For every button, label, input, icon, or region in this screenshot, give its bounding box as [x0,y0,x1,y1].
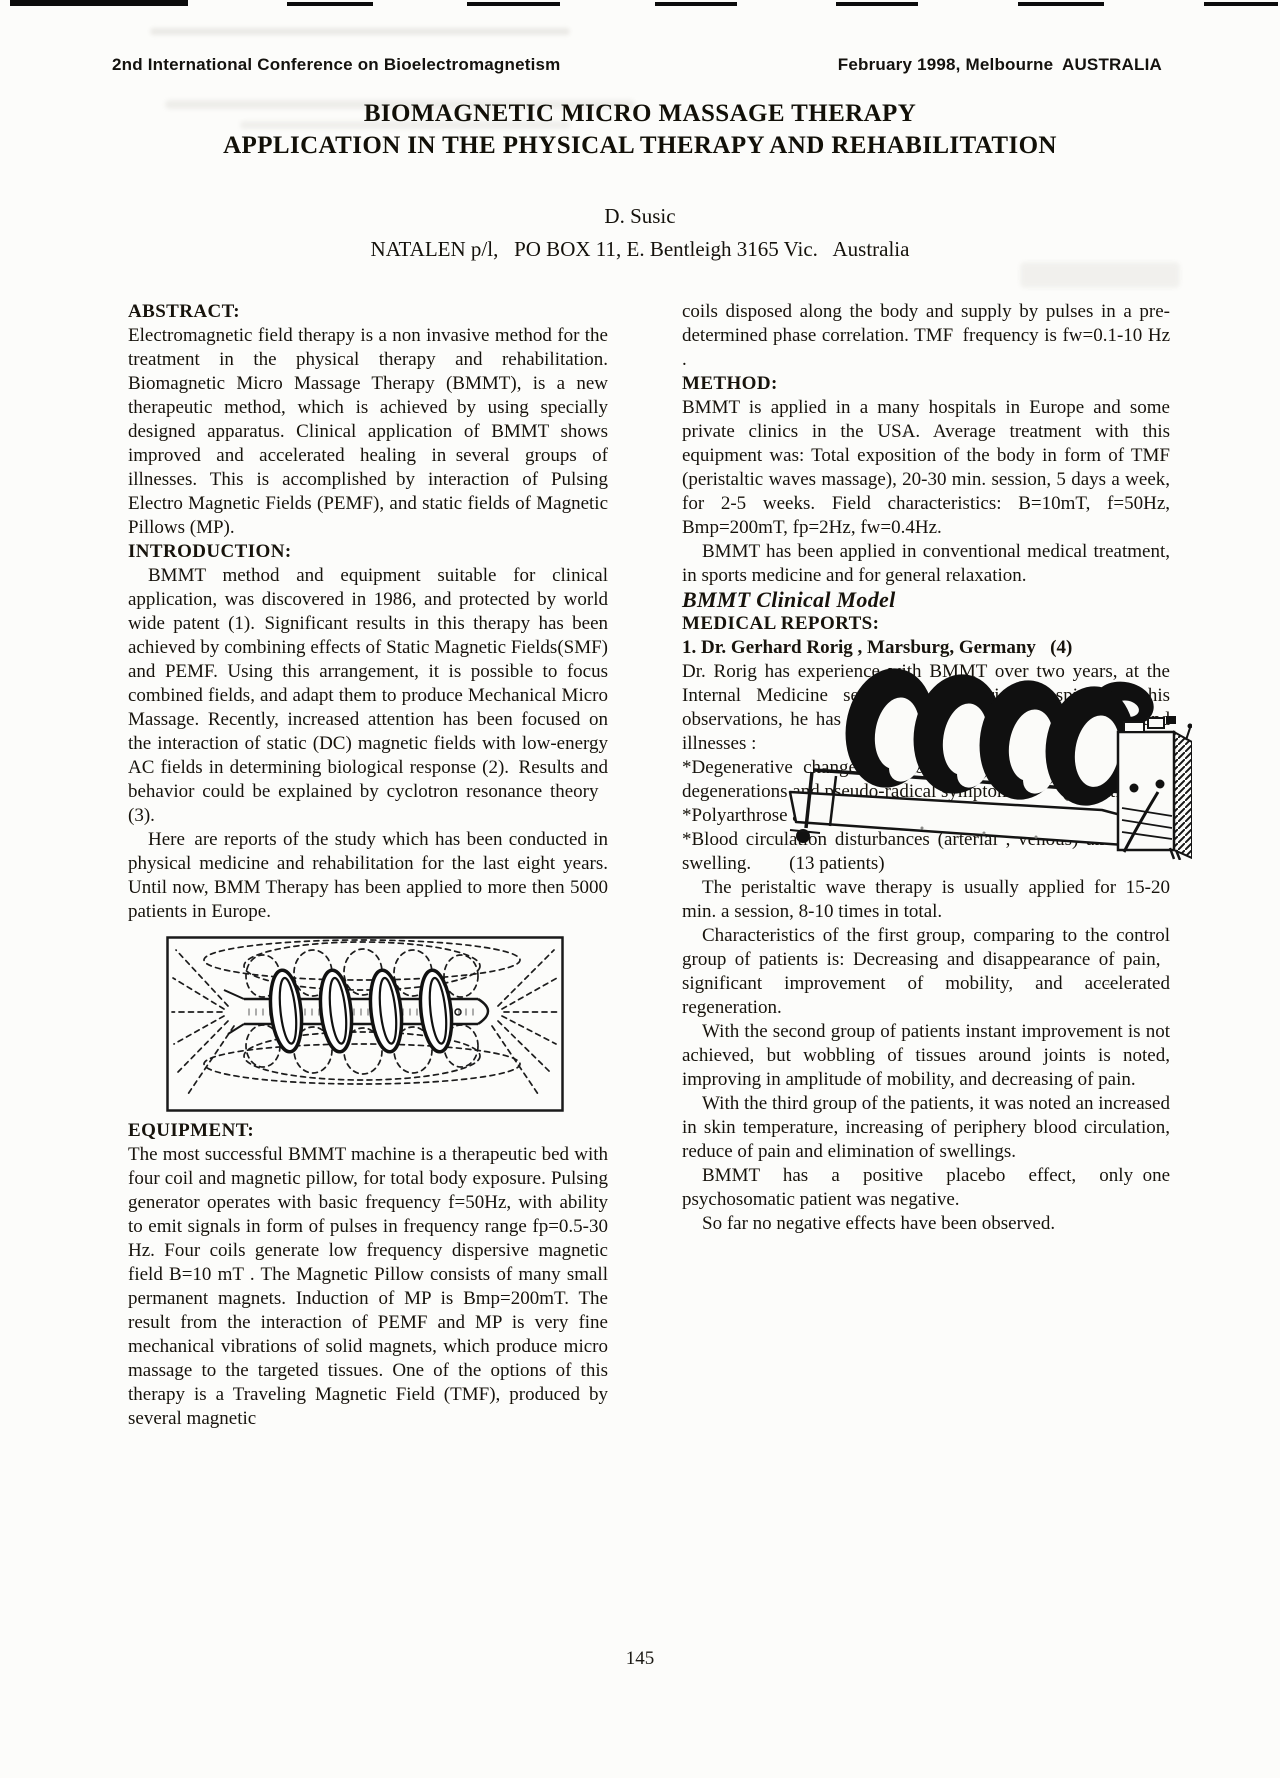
abstract-heading: ABSTRACT: [128,300,608,324]
scan-ghost [1020,262,1180,288]
scan-ghost [150,28,570,35]
scan-artifact-dash [836,2,918,6]
field-lines-figure [166,936,564,1112]
right-column: coils disposed along the body and supply… [682,300,1170,1236]
author-name: D. Susic [0,204,1280,229]
paper-title: BIOMAGNETIC MICRO MASSAGE THERAPY APPLIC… [0,98,1280,162]
equipment-body: The most successful BMMT machine is a th… [128,1143,608,1431]
paper-title-line2: APPLICATION IN THE PHYSICAL THERAPY AND … [0,130,1280,162]
scan-artifact-dash [467,2,560,6]
figure-caption: BMMT Clinical Model [682,588,1170,612]
clinical-model-figure [772,640,1192,860]
report-third-group: With the third group of the patients, it… [682,1092,1170,1164]
method-heading: METHOD: [682,372,1170,396]
paper-title-line1: BIOMAGNETIC MICRO MASSAGE THERAPY [0,98,1280,130]
author-affiliation: NATALEN p/l, PO BOX 11, E. Bentleigh 316… [0,237,1280,262]
equipment-heading: EQUIPMENT: [128,1119,608,1143]
report-no-negative: So far no negative effects have been obs… [682,1212,1170,1236]
introduction-paragraph-2: Here are reports of the study which has … [128,828,608,924]
scan-artifact-dash [1018,2,1104,6]
page-number: 145 [0,1648,1280,1670]
report-second-group: With the second group of patients instan… [682,1020,1170,1092]
scan-artifact-dash [1204,2,1278,6]
method-paragraph-2: BMMT has been applied in conventional me… [682,540,1170,588]
scan-artifact-dash [655,2,737,6]
scan-artifact-dash [287,2,373,6]
left-column: ABSTRACT: Electromagnetic field therapy … [128,300,608,1431]
equipment-continuation: coils disposed along the body and supply… [682,300,1170,372]
conference-date-location: February 1998, Melbourne AUSTRALIA [838,55,1162,75]
conference-name: 2nd International Conference on Bioelect… [112,55,561,75]
report-first-group: Characteristics of the first group, comp… [682,924,1170,1020]
introduction-heading: INTRODUCTION: [128,540,608,564]
scan-artifact-dash [10,0,188,6]
report-placebo: BMMT has a positive placebo effect, only… [682,1164,1170,1212]
report-peristaltic: The peristaltic wave therapy is usually … [682,876,1170,924]
introduction-paragraph-1: BMMT method and equipment suitable for c… [128,564,608,828]
scanned-paper-page: ’ · – 2nd International Conference on Bi… [0,0,1280,1778]
method-paragraph-1: BMMT is applied in a many hospitals in E… [682,396,1170,540]
medical-reports-heading: MEDICAL REPORTS: [682,612,1170,636]
abstract-body: Electromagnetic field therapy is a non i… [128,324,608,540]
